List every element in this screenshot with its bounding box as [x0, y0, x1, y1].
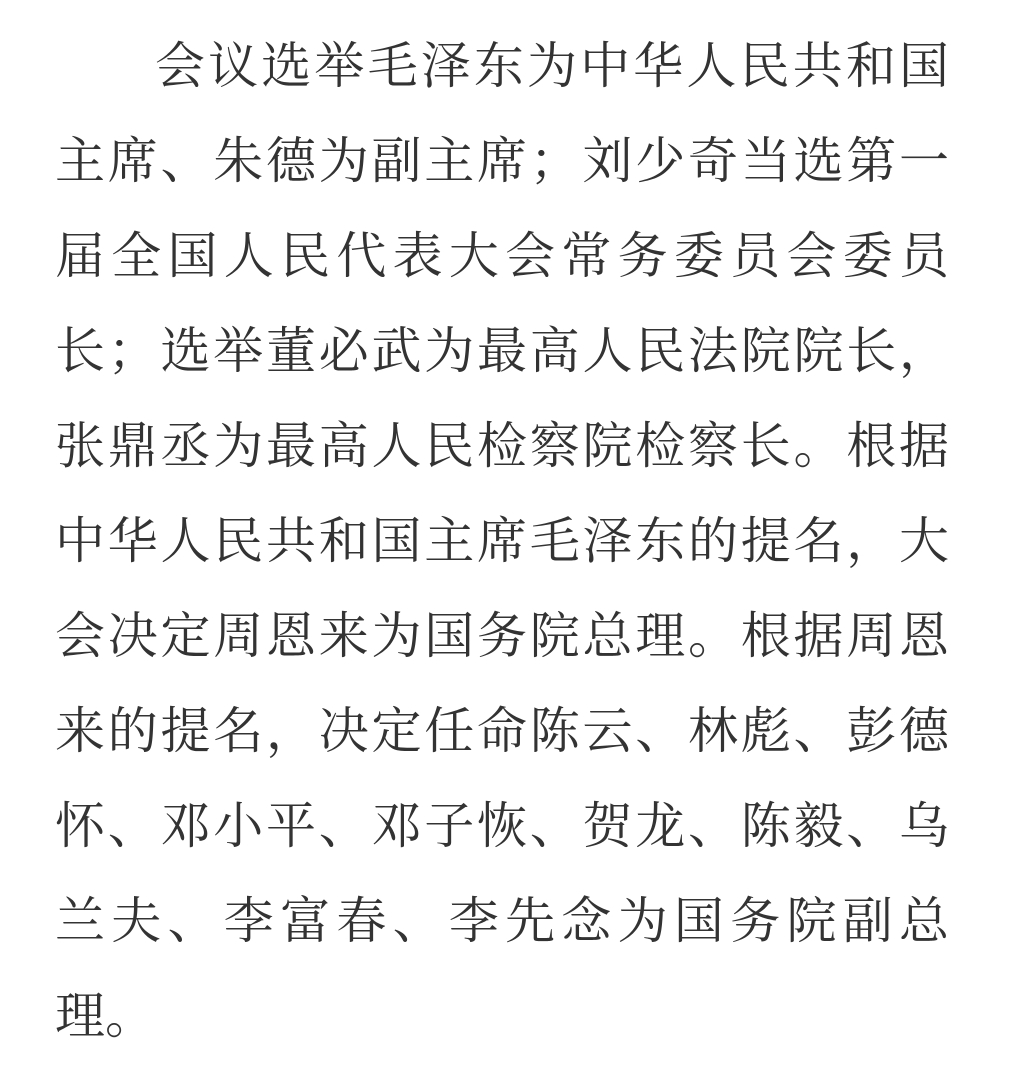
text-line: 张鼎丞为最高人民检察院检察长。根据 [55, 399, 949, 494]
page: { "page": { "background": "#ffffff", "te… [0, 0, 1011, 1071]
text-line: 怀、邓小平、邓子恢、贺龙、陈毅、乌 [55, 779, 949, 874]
text-line: 会决定周恩来为国务院总理。根据周恩 [55, 589, 949, 684]
text-line: 届全国人民代表大会常务委员会委员 [55, 209, 949, 304]
text-line: 中华人民共和国主席毛泽东的提名，大 [55, 494, 949, 589]
text-line: 理。 [55, 969, 949, 1064]
text-line: 兰夫、李富春、李先念为国务院副总 [55, 874, 949, 969]
text-line: 长；选举董必武为最高人民法院院长， [55, 304, 949, 399]
text-line: 会议选举毛泽东为中华人民共和国 [55, 19, 949, 114]
text-line: 主席、朱德为副主席；刘少奇当选第一 [55, 114, 949, 209]
article-paragraph: 会议选举毛泽东为中华人民共和国主席、朱德为副主席；刘少奇当选第一届全国人民代表大… [0, 0, 1011, 1064]
text-line: 来的提名，决定任命陈云、林彪、彭德 [55, 684, 949, 779]
